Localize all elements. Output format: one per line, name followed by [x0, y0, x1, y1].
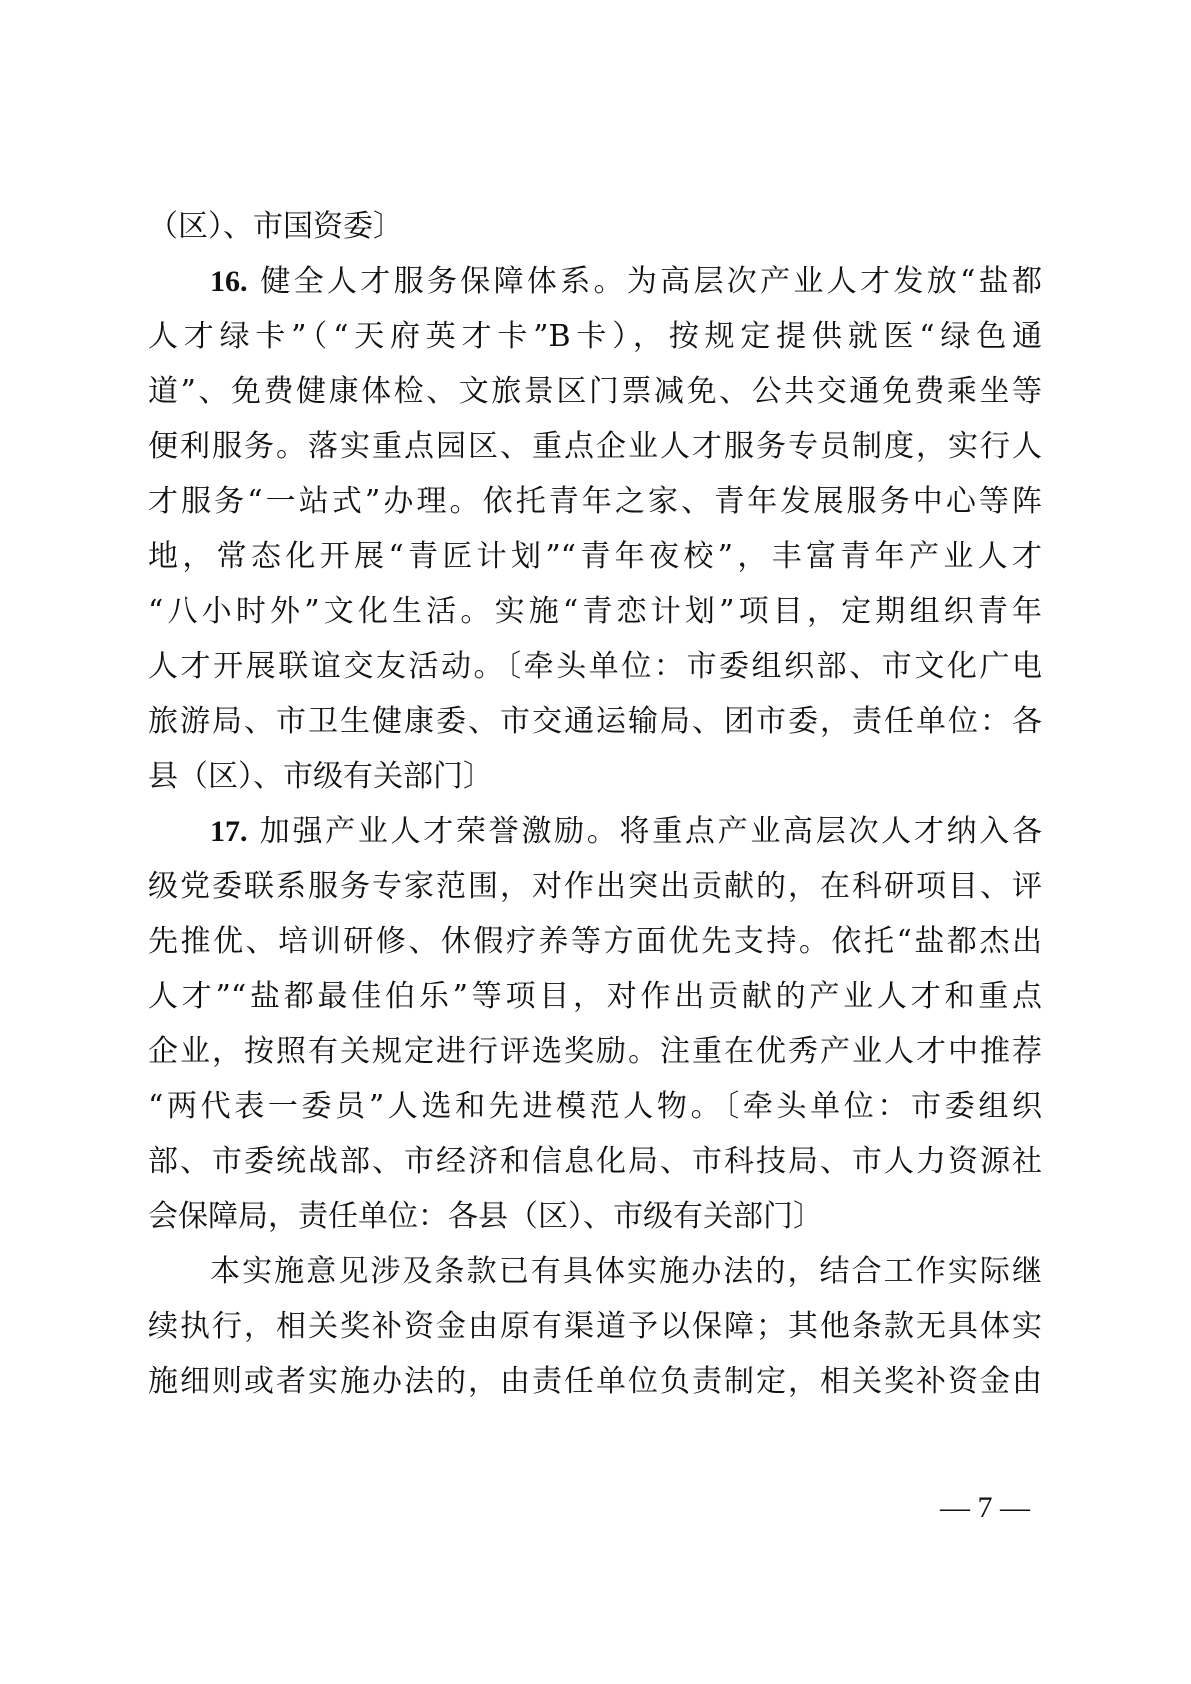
text-line: “八小时外”文化生活。实施“青恋计划”项目，定期组织青年	[148, 584, 1042, 639]
text-line: 人才开展联谊交友活动。〔牵头单位：市委组织部、市文化广电	[148, 639, 1042, 694]
text-line: 施细则或者实施办法的，由责任单位负责制定，相关奖补资金由	[148, 1354, 1042, 1409]
text-line: 才服务“一站式”办理。依托青年之家、青年发展服务中心等阵	[148, 474, 1042, 529]
text-line: 先推优、培训研修、休假疗养等方面优先支持。依托“盐都杰出	[148, 914, 1042, 969]
text-line: 县（区）、市级有关部门〕	[148, 749, 1042, 804]
text-line: 人才绿卡”（“天府英才卡”B卡），按规定提供就医“绿色通	[148, 309, 1042, 364]
body-text: （区）、市国资委〕 16. 健全人才服务保障体系。为高层次产业人才发放“盐都 人…	[148, 199, 1042, 1409]
text-line: “两代表一委员”人选和先进模范人物。〔牵头单位：市委组织	[148, 1079, 1042, 1134]
closing-paragraph-line: 本实施意见涉及条款已有具体实施办法的，结合工作实际继	[148, 1244, 1042, 1299]
text-line: 人才”“盐都最佳伯乐”等项目，对作出贡献的产业人才和重点	[148, 969, 1042, 1024]
section-number: 16.	[210, 265, 248, 298]
section-16-heading-line: 16. 健全人才服务保障体系。为高层次产业人才发放“盐都	[148, 254, 1042, 309]
text-line: 旅游局、市卫生健康委、市交通运输局、团市委，责任单位：各	[148, 694, 1042, 749]
text-line: 级党委联系服务专家范围，对作出突出贡献的，在科研项目、评	[148, 859, 1042, 914]
text-line: （区）、市国资委〕	[148, 199, 1042, 254]
section-number: 17.	[210, 815, 248, 848]
section-17-heading-line: 17. 加强产业人才荣誉激励。将重点产业高层次人才纳入各	[148, 804, 1042, 859]
text-line: 企业，按照有关规定进行评选奖励。注重在优秀产业人才中推荐	[148, 1024, 1042, 1079]
text-line: 地，常态化开展“青匠计划”“青年夜校”，丰富青年产业人才	[148, 529, 1042, 584]
document-page: （区）、市国资委〕 16. 健全人才服务保障体系。为高层次产业人才发放“盐都 人…	[0, 0, 1191, 1684]
page-number: — 7 —	[920, 1488, 1050, 1528]
text-line: 部、市委统战部、市经济和信息化局、市科技局、市人力资源社	[148, 1134, 1042, 1189]
text-line: 续执行，相关奖补资金由原有渠道予以保障；其他条款无具体实	[148, 1299, 1042, 1354]
text-line: 便利服务。落实重点园区、重点企业人才服务专员制度，实行人	[148, 419, 1042, 474]
text-line: 道”、免费健康体检、文旅景区门票减免、公共交通免费乘坐等	[148, 364, 1042, 419]
text-line: 会保障局，责任单位：各县（区）、市级有关部门〕	[148, 1189, 1042, 1244]
